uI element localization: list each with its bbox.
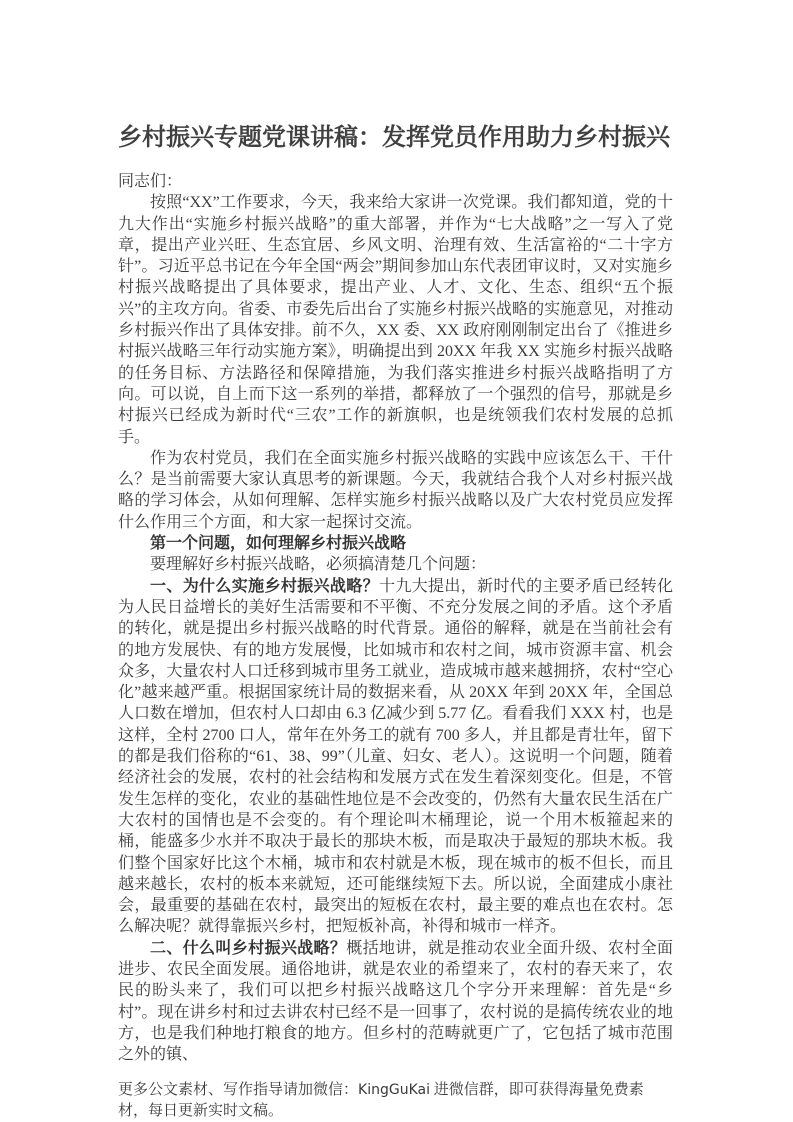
paragraph: 一、为什么实施乡村振兴战略？十九大提出，新时代的主要矛盾已经转化为人民日益增长的… xyxy=(118,576,673,938)
paragraph-text: 十九大提出，新时代的主要矛盾已经转化为人民日益增长的美好生活需要和不平衡、不充分… xyxy=(118,578,673,936)
salutation: 同志们： xyxy=(118,171,673,192)
paragraph: 二、什么叫乡村振兴战略？概括地讲，就是推动农业全面升级、农村全面进步、农民全面发… xyxy=(118,938,673,1066)
paragraph: 作为农村党员，我们在全面实施乡村振兴战略的实践中应该怎么干、干什么？是当前需要大… xyxy=(118,448,673,533)
footer-prefix: 更多公文素材、写作指导请加微信： xyxy=(118,1082,358,1098)
paragraph-text: 作为农村党员，我们在全面实施乡村振兴战略的实践中应该怎么干、干什么？是当前需要大… xyxy=(118,450,673,531)
footer-note: 更多公文素材、写作指导请加微信：KingGuKai 进微信群，即可获得海量免费素… xyxy=(118,1080,673,1122)
section-heading: 第一个问题，如何理解乡村振兴战略 xyxy=(118,533,673,554)
paragraph-text: 按照“XX”工作要求，今天，我来给大家讲一次党课。我们都知道，党的十九大作出“实… xyxy=(118,194,673,445)
section-heading-label: 第一个问题，如何理解乡村振兴战略 xyxy=(150,535,406,552)
paragraph-lead: 一、为什么实施乡村振兴战略？ xyxy=(150,578,379,595)
document-title: 乡村振兴专题党课讲稿：发挥党员作用助力乡村振兴 xyxy=(118,121,673,154)
paragraph: 按照“XX”工作要求，今天，我来给大家讲一次党课。我们都知道，党的十九大作出“实… xyxy=(118,192,673,448)
paragraph-text: 要理解好乡村振兴战略，必须搞清楚几个问题： xyxy=(150,556,486,573)
paragraph: 要理解好乡村振兴战略，必须搞清楚几个问题： xyxy=(118,554,673,575)
paragraph-lead: 二、什么叫乡村振兴战略？ xyxy=(150,940,346,957)
wechat-id: KingGuKai xyxy=(358,1082,430,1098)
document-page: 乡村振兴专题党课讲稿：发挥党员作用助力乡村振兴 同志们： 按照“XX”工作要求，… xyxy=(0,0,793,1122)
paragraph-text: 概括地讲，就是推动农业全面升级、农村全面进步、农民全面发展。通俗地讲，就是农业的… xyxy=(118,940,673,1063)
